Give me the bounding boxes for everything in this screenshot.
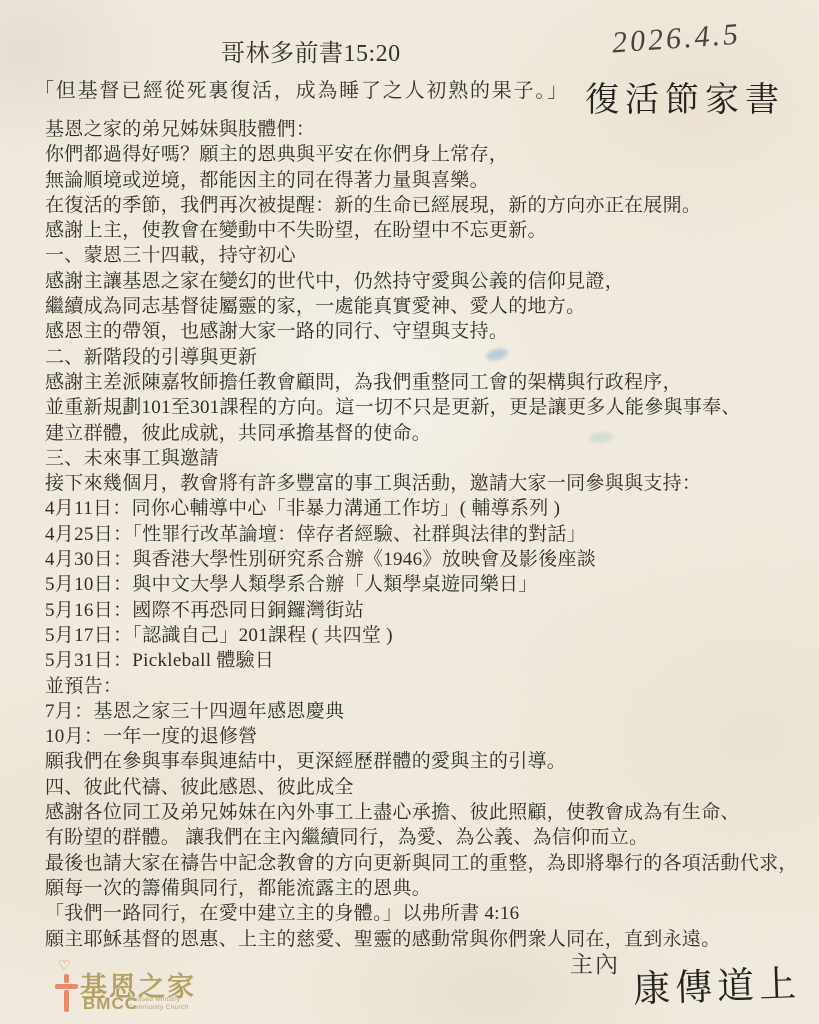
body-line: 並重新規劃101至301課程的方向。這一切不只是更新，更是讓更多人能參與事奉、 [45,395,798,420]
body-line: 感恩主的帶領，也感謝大家一路的同行、守望與支持。 [45,319,798,344]
section-heading: 二、新階段的引導與更新 [45,345,798,370]
signature-salutation: 主內 [570,946,620,979]
logo-english-name: Blessed Ministry Community Church [128,996,188,1011]
body-line: 最後也請大家在禱告中記念教會的方向更新與同工的重整，為即將舉行的各項活動代求， [45,851,798,876]
section-heading: 一、蒙恩三十四載，持守初心 [45,243,798,268]
body-line: 建立群體，彼此成就，共同承擔基督的使命。 [45,421,798,446]
body-line: 有盼望的群體。 讓我們在主內繼續同行，為愛、為公義、為信仰而立。 [45,825,798,850]
scripture-reference: 哥林多前書15:20 [221,33,401,68]
body-line: 接下來幾個月，教會將有許多豐富的事工與活動，邀請大家一同參與與支持： [45,471,798,496]
body-line: 無論順境或逆境，都能因主的同在得著力量與喜樂。 [45,168,798,193]
event-line: 10月：一年一度的退修營 [45,724,798,749]
signature-name: 康傳道上 [632,953,802,1013]
body-line: 願我們在參與事奉與連結中，更深經歷群體的愛與主的引導。 [45,749,798,774]
body-line: 感謝主讓基恩之家在變幻的世代中，仍然持守愛與公義的信仰見證， [45,269,798,294]
section-heading: 四、彼此代禱、彼此感恩、彼此成全 [45,775,798,800]
body-line: 基恩之家的弟兄姊妹與肢體們： [45,117,798,142]
letter-title: 復活節家書 [585,72,785,121]
event-line: 5月31日：Pickleball 體驗日 [45,648,798,673]
handwritten-date: 2026.4.5 [611,18,742,61]
body-line: 願每一次的籌備與同行，都能流露主的恩典。 [45,876,798,901]
event-line: 4月11日：同你心輔導中心「非暴力溝通工作坊」( 輔導系列 ) [45,496,798,521]
event-line: 4月30日：與香港大學性別研究系合辦《1946》放映會及影後座談 [45,547,798,572]
body-line: 在復活的季節，我們再次被提醒：新的生命已經展現，新的方向亦正在展開。 [45,193,798,218]
event-line: 5月10日：與中文大學人類學系合辦「人類學桌遊同樂日」 [45,572,798,597]
heart-icon: ♡ [58,958,71,974]
event-line: 5月16日：國際不再恐同日銅鑼灣街站 [45,598,798,623]
body-line: 繼續成為同志基督徒屬靈的家，一處能真實愛神、愛人的地方。 [45,294,798,319]
event-line: 4月25日：「性罪行改革論壇：倖存者經驗、社群與法律的對話」 [45,522,798,547]
body-line: 感謝主差派陳嘉牧師擔任教會顧問，為我們重整同工會的架構與行政程序， [45,370,798,395]
scripture-closing-quote: 「我們一路同行，在愛中建立主的身體。」以弗所書 4:16 [45,901,798,926]
body-line: 感謝上主，使教會在變動中不失盼望，在盼望中不忘更新。 [45,218,798,243]
body-line: 感謝各位同工及弟兄姊妹在內外事工上盡心承擔、彼此照顧，使教會成為有生命、 [45,800,798,825]
event-line: 7月：基恩之家三十四週年感恩慶典 [45,699,798,724]
benediction-line: 願主耶穌基督的恩惠、上主的慈愛、聖靈的感動常與你們衆人同在，直到永遠。 [45,927,798,952]
scripture-quote: 「但基督已經從死裏復活，成為睡了之人初熟的果子。」 [34,74,569,103]
cross-heart-icon: ♡ [54,964,80,1014]
letter-body: 基恩之家的弟兄姊妹與肢體們： 你們都過得好嗎？願主的恩典與平安在你們身上常存， … [45,117,798,952]
event-line: 5月17日：「認識自己」201課程 ( 共四堂 ) [45,623,798,648]
letter-page: 哥林多前書15:20 「但基督已經從死裏復活，成為睡了之人初熟的果子。」 202… [0,0,819,1024]
section-heading: 三、未來事工與邀請 [45,446,798,471]
body-line: 你們都過得好嗎？願主的恩典與平安在你們身上常存， [45,142,798,167]
body-line: 並預告： [45,674,798,699]
church-logo: ♡ 基恩之家 BMCC Blessed Ministry Community C… [52,962,312,1018]
